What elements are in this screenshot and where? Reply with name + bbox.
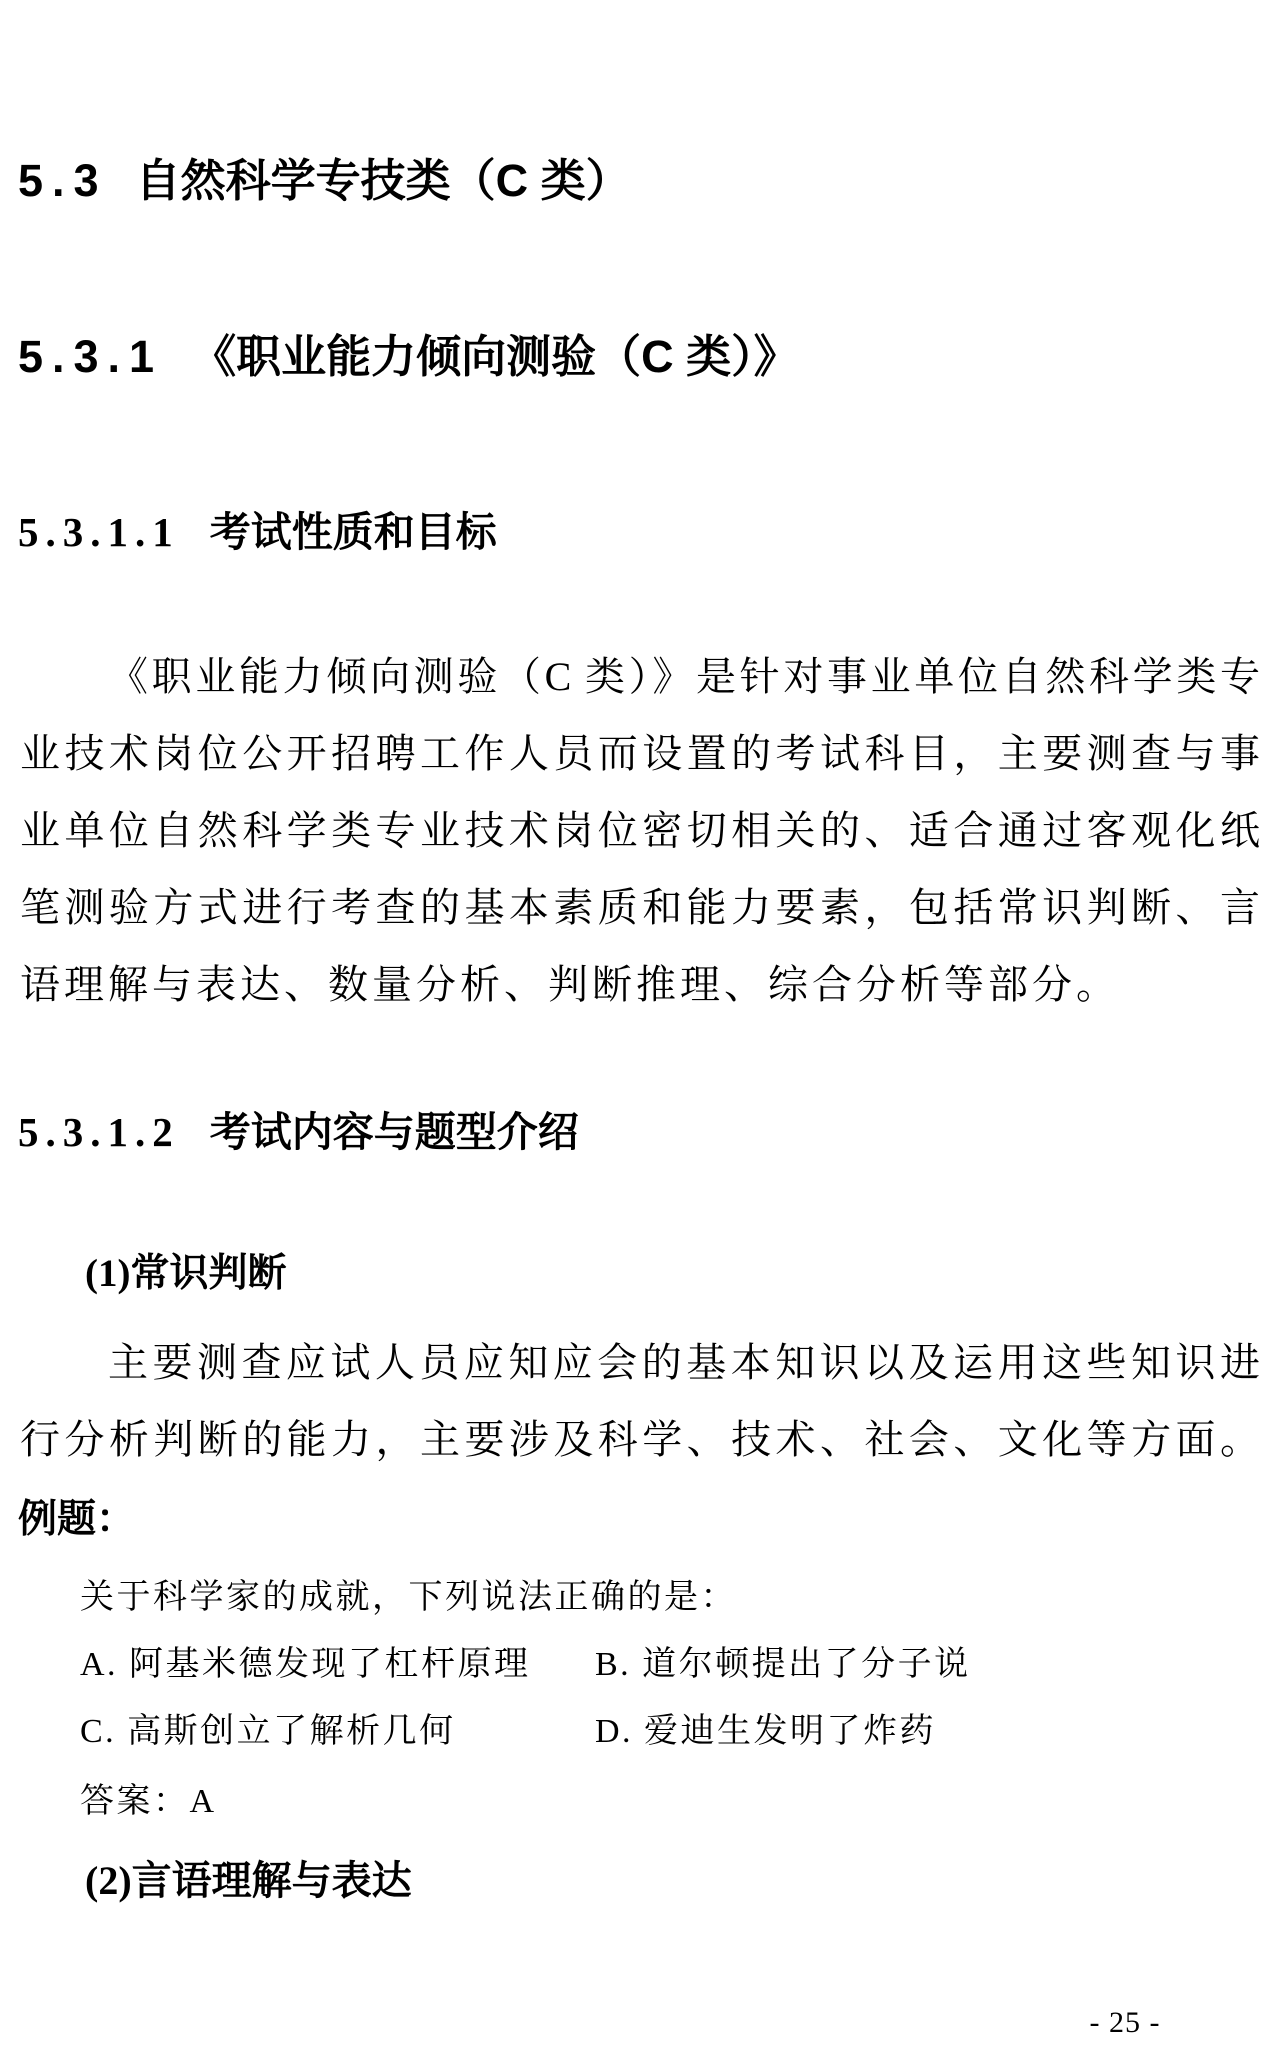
document-page: 5.3 自然科学专技类（C 类） 5.3.1 《职业能力倾向测验（C 类）》 5… [0,0,1280,2067]
example-label: 例题： [18,1498,135,1543]
example-options-row-cd: C. 高斯创立了解析几何 D. 爱迪生发明了炸药 [80,1712,936,1753]
example-answer: 答案：A [80,1782,217,1823]
heading-number: 5.3 [18,156,108,206]
page-number: - 25 - [1060,2006,1190,2040]
option-c: C. 高斯创立了解析几何 [80,1712,595,1753]
heading-title: 《职业能力倾向测验（C 类）》 [191,332,799,382]
heading-title: 自然科学专技类（C 类） [136,156,631,206]
heading-number: 5.3.1.2 [18,1110,180,1155]
option-a: A. 阿基米德发现了杠杆原理 [80,1645,595,1686]
heading-number: 5.3.1 [18,332,163,382]
heading-title: 考试性质和目标 [210,510,497,555]
paragraph-line: 主要测查应试人员应知应会的基本知识以及运用这些知识进 [20,1324,1260,1401]
subsection-label-yanyu: (2)言语理解与表达 [85,1858,412,1904]
example-question: 关于科学家的成就，下列说法正确的是： [80,1578,737,1619]
section-heading-5-3-1: 5.3.1 《职业能力倾向测验（C 类）》 [18,332,799,382]
paragraph-line: 行分析判断的能力，主要涉及科学、技术、社会、文化等方面。 [20,1401,1260,1478]
section-heading-5-3: 5.3 自然科学专技类（C 类） [18,156,631,206]
option-d: D. 爱迪生发明了炸药 [595,1712,936,1753]
intro-paragraph: 《职业能力倾向测验（C 类）》是针对事业单位自然科学类专 业技术岗位公开招聘工作… [20,638,1260,1023]
subsection-label-changshi: (1)常识判断 [85,1252,286,1297]
heading-number: 5.3.1.1 [18,510,180,555]
example-options-row-ab: A. 阿基米德发现了杠杆原理 B. 道尔顿提出了分子说 [80,1645,971,1686]
paragraph-line: 业单位自然科学类专业技术岗位密切相关的、适合通过客观化纸 [20,792,1260,869]
heading-title: 考试内容与题型介绍 [210,1110,579,1155]
paragraph-line: 业技术岗位公开招聘工作人员而设置的考试科目，主要测查与事 [20,715,1260,792]
section-heading-5-3-1-2: 5.3.1.2 考试内容与题型介绍 [18,1110,579,1155]
changshi-paragraph: 主要测查应试人员应知应会的基本知识以及运用这些知识进 行分析判断的能力，主要涉及… [20,1324,1260,1478]
paragraph-line: 语理解与表达、数量分析、判断推理、综合分析等部分。 [20,946,1260,1023]
section-heading-5-3-1-1: 5.3.1.1 考试性质和目标 [18,510,497,555]
option-b: B. 道尔顿提出了分子说 [595,1645,971,1686]
paragraph-line: 笔测验方式进行考查的基本素质和能力要素，包括常识判断、言 [20,869,1260,946]
paragraph-line: 《职业能力倾向测验（C 类）》是针对事业单位自然科学类专 [20,638,1260,715]
